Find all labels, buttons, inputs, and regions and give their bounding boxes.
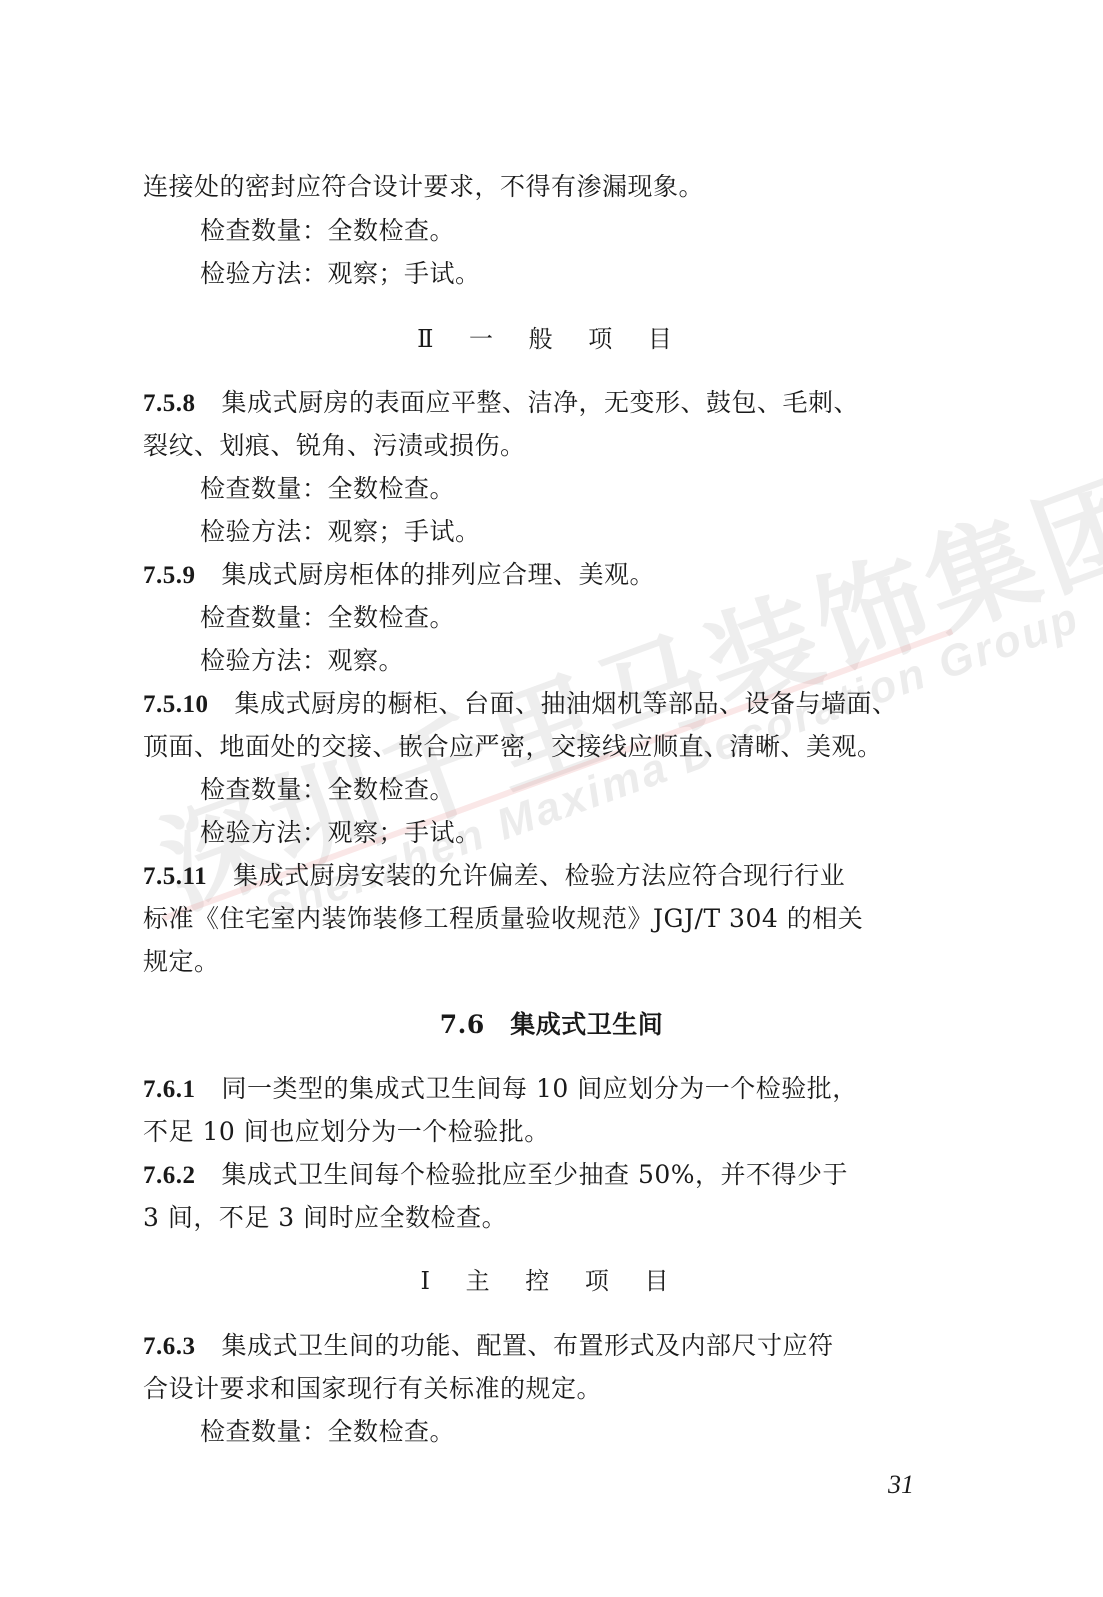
section-heading-7-6: 7.6 集成式卫生间	[0, 1010, 1103, 1040]
clause-7-6-1: 7.6.1同一类型的集成式卫生间每 10 间应划分为一个检验批，	[143, 1074, 858, 1105]
clause-text: 集成式厨房的表面应平整、洁净，无变形、鼓包、毛刺、	[222, 388, 860, 417]
clause-text: 合设计要求和国家现行有关标准的规定。	[143, 1374, 602, 1404]
subheading-main-control-items: Ⅰ 主 控 项 目	[0, 1266, 1103, 1296]
clause-number: 7.5.11	[143, 863, 207, 890]
inspection-method: 检验方法：观察；手试。	[200, 517, 481, 547]
clause-text: 规定。	[143, 947, 220, 977]
inspection-quantity: 检查数量：全数检查。	[200, 216, 455, 246]
clause-text: 集成式厨房的橱柜、台面、抽油烟机等部品、设备与墙面、	[235, 689, 898, 718]
clause-text: 同一类型的集成式卫生间每 10 间应划分为一个检验批，	[222, 1074, 858, 1103]
inspection-quantity: 检查数量：全数检查。	[200, 775, 455, 805]
clause-number: 7.6.3	[143, 1333, 196, 1360]
clause-text: 集成式卫生间每个检验批应至少抽查 50%，并不得少于	[222, 1160, 849, 1189]
clause-text: 3 间，不足 3 间时应全数检查。	[143, 1203, 507, 1233]
document-page: 深圳千里马装饰集团 Shenzhen Maxima Decoration Gro…	[0, 0, 1103, 1597]
paragraph-line: 连接处的密封应符合设计要求，不得有渗漏现象。	[143, 172, 704, 202]
subheading-general-items: Ⅱ 一 般 项 目	[0, 324, 1103, 354]
clause-text: 集成式厨房柜体的排列应合理、美观。	[222, 560, 656, 589]
inspection-quantity: 检查数量：全数检查。	[200, 603, 455, 633]
inspection-quantity: 检查数量：全数检查。	[200, 1417, 455, 1447]
inspection-method: 检验方法：观察；手试。	[200, 259, 481, 289]
clause-text: 标准《住宅室内装饰装修工程质量验收规范》JGJ/T 304 的相关	[143, 904, 863, 934]
clause-number: 7.6.1	[143, 1076, 196, 1103]
clause-text: 裂纹、划痕、锐角、污渍或损伤。	[143, 431, 526, 461]
clause-7-5-9: 7.5.9集成式厨房柜体的排列应合理、美观。	[143, 560, 655, 591]
clause-text: 不足 10 间也应划分为一个检验批。	[143, 1117, 550, 1147]
clause-7-6-3: 7.6.3集成式卫生间的功能、配置、布置形式及内部尺寸应符	[143, 1331, 834, 1362]
clause-number: 7.5.9	[143, 562, 196, 589]
clause-7-5-10: 7.5.10集成式厨房的橱柜、台面、抽油烟机等部品、设备与墙面、	[143, 689, 898, 720]
inspection-method: 检验方法：观察；手试。	[200, 818, 481, 848]
clause-text: 集成式厨房安装的允许偏差、检验方法应符合现行行业	[233, 861, 845, 890]
clause-7-5-11: 7.5.11集成式厨房安装的允许偏差、检验方法应符合现行行业	[143, 861, 845, 892]
clause-number: 7.5.8	[143, 390, 196, 417]
clause-number: 7.5.10	[143, 691, 209, 718]
clause-text: 集成式卫生间的功能、配置、布置形式及内部尺寸应符	[222, 1331, 834, 1360]
inspection-method: 检验方法：观察。	[200, 646, 404, 676]
clause-7-6-2: 7.6.2集成式卫生间每个检验批应至少抽查 50%，并不得少于	[143, 1160, 848, 1191]
clause-7-5-8: 7.5.8集成式厨房的表面应平整、洁净，无变形、鼓包、毛刺、	[143, 388, 859, 419]
clause-text: 顶面、地面处的交接、嵌合应严密，交接线应顺直、清晰、美观。	[143, 732, 883, 762]
page-number: 31	[888, 1470, 914, 1500]
clause-number: 7.6.2	[143, 1162, 196, 1189]
inspection-quantity: 检查数量：全数检查。	[200, 474, 455, 504]
